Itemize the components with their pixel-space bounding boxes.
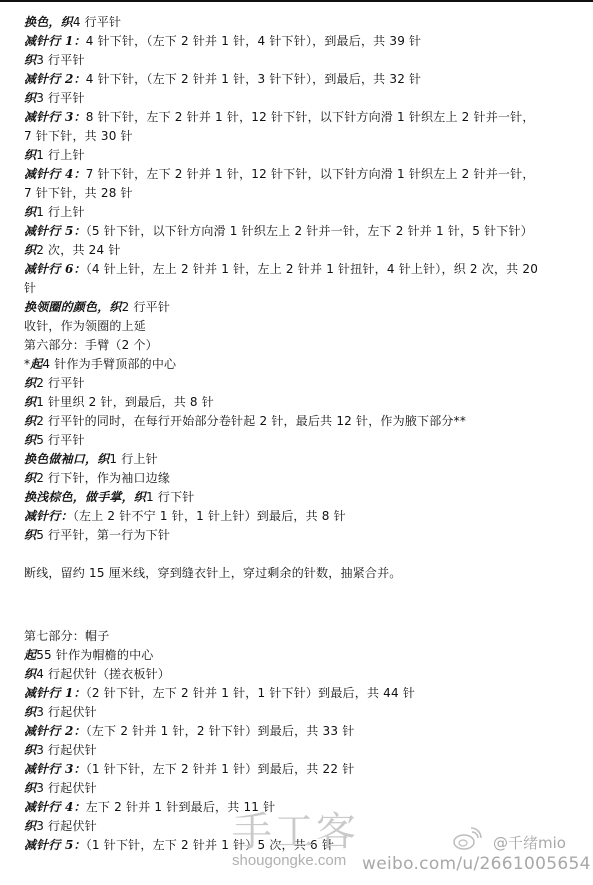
instruction-keyword: 织 bbox=[24, 205, 36, 219]
pattern-line: 减针行：（左上 2 针不宁 1 针，1 针上针）到最后，共 8 针 bbox=[24, 507, 584, 526]
instruction-text: 4 针下针，（左下 2 针并 1 针，3 针下针），到最后，共 32 针 bbox=[86, 72, 422, 86]
pattern-line: 7 针下针，共 30 针 bbox=[24, 127, 584, 146]
instruction-text: （左下 2 针并 1 针，2 针下针）到最后，共 33 针 bbox=[86, 724, 355, 738]
instruction-text: 收针，作为领圈的上延 bbox=[24, 319, 146, 333]
instruction-keyword: 织 bbox=[24, 819, 36, 833]
instruction-text: 7 针下针，共 28 针 bbox=[24, 186, 133, 200]
pattern-line: 织2 次，共 24 针 bbox=[24, 241, 584, 260]
instruction-text: 1 行下针 bbox=[146, 490, 194, 504]
pattern-lines: 换色，织4 行平针减针行 1：4 针下针，（左下 2 针并 1 针，4 针下针）… bbox=[24, 13, 584, 545]
instruction-keyword: 起 bbox=[30, 357, 42, 371]
instruction-text: （1 针下针，左下 2 针并 1 针）到最后，共 22 针 bbox=[86, 762, 355, 776]
instruction-keyword: 换领圈的颜色，织 bbox=[24, 300, 122, 314]
instruction-keyword: 减针行 2： bbox=[24, 72, 86, 86]
instruction-text: 5 行平针 bbox=[36, 433, 84, 447]
instruction-text: （4 针上针，左上 2 针并 1 针，左上 2 针并 1 针扭针，4 针上针），… bbox=[86, 262, 538, 276]
pattern-line: 减针行 3：（1 针下针，左下 2 针并 1 针）到最后，共 22 针 bbox=[24, 760, 584, 779]
pattern-line: 针 bbox=[24, 279, 584, 298]
pattern-line: 织2 行平针的同时，在每行开始部分卷针起 2 针，最后共 12 针，作为腋下部分… bbox=[24, 412, 584, 431]
weibo-handle-watermark: @千绪mio bbox=[493, 832, 566, 853]
instruction-text: 3 行起伏针 bbox=[36, 819, 97, 833]
instruction-keyword: 织 bbox=[24, 705, 36, 719]
pattern-line: 织3 行起伏针 bbox=[24, 779, 584, 798]
weibo-url-watermark: weibo.com/u/2661005654 bbox=[362, 854, 591, 874]
instruction-text: 3 行起伏针 bbox=[36, 705, 97, 719]
top-border bbox=[0, 0, 593, 2]
instruction-keyword: 减针行 5： bbox=[24, 838, 86, 852]
instruction-text: 4 行起伏针（搓衣板针） bbox=[36, 667, 170, 681]
instruction-keyword: 织 bbox=[24, 433, 36, 447]
pattern-line: 织3 行平针 bbox=[24, 51, 584, 70]
instruction-keyword: 减针行 1： bbox=[24, 34, 86, 48]
pattern-line: 减针行 5：（5 针下针，以下针方向滑 1 针织左上 2 针并一针，左下 2 针… bbox=[24, 222, 584, 241]
instruction-keyword: 织 bbox=[24, 376, 36, 390]
pattern-line: 起55 针作为帽檐的中心 bbox=[24, 646, 584, 665]
instruction-text: 4 针下针，（左下 2 针并 1 针，4 针下针），到最后，共 39 针 bbox=[86, 34, 422, 48]
pattern-line: 织5 行平针，第一行为下针 bbox=[24, 526, 584, 545]
pattern-line: 减针行 2：4 针下针，（左下 2 针并 1 针，3 针下针），到最后，共 32… bbox=[24, 70, 584, 89]
spacer bbox=[24, 545, 584, 564]
pattern-line: *起4 针作为手臂顶部的中心 bbox=[24, 355, 584, 374]
instruction-keyword: 织 bbox=[24, 53, 36, 67]
instruction-text: 针 bbox=[24, 281, 36, 295]
pattern-line: 织4 行起伏针（搓衣板针） bbox=[24, 665, 584, 684]
instruction-keyword: 织 bbox=[24, 414, 36, 428]
instruction-text: 8 针下针，左下 2 针并 1 针，12 针下针，以下针方向滑 1 针织左上 2… bbox=[86, 110, 535, 124]
instruction-text: （2 针下针，左下 2 针并 1 针，1 针下针）到最后，共 44 针 bbox=[86, 686, 415, 700]
knitting-pattern-document: 换色，织4 行平针减针行 1：4 针下针，（左下 2 针并 1 针，4 针下针）… bbox=[24, 13, 584, 855]
weibo-logo-icon bbox=[452, 826, 482, 852]
instruction-text: 7 针下针，共 30 针 bbox=[24, 129, 133, 143]
instruction-keyword: 织 bbox=[24, 395, 36, 409]
instruction-keyword: 换浅棕色，做手掌，织 bbox=[24, 490, 146, 504]
instruction-text: 4 针作为手臂顶部的中心 bbox=[42, 357, 176, 371]
pattern-line: 换浅棕色，做手掌，织1 行下针 bbox=[24, 488, 584, 507]
instruction-keyword: 减针行 4： bbox=[24, 800, 86, 814]
pattern-line: 减针行 4：7 针下针，左下 2 针并 1 针，12 针下针，以下针方向滑 1 … bbox=[24, 165, 584, 184]
pattern-line: 收针，作为领圈的上延 bbox=[24, 317, 584, 336]
pattern-line: 织3 行起伏针 bbox=[24, 703, 584, 722]
instruction-text: 1 行上针 bbox=[36, 205, 84, 219]
instruction-keyword: 换色做袖口，织 bbox=[24, 452, 109, 466]
instruction-keyword: 减针行 6： bbox=[24, 262, 86, 276]
instruction-keyword: 减针行 5： bbox=[24, 224, 86, 238]
instruction-text: 第六部分：手臂（2 个） bbox=[24, 338, 158, 352]
instruction-text: 1 行上针 bbox=[36, 148, 84, 162]
instruction-text: 3 行起伏针 bbox=[36, 781, 97, 795]
instruction-keyword: 织 bbox=[24, 471, 36, 485]
pattern-line: 织2 行平针 bbox=[24, 374, 584, 393]
instruction-text: （5 针下针，以下针方向滑 1 针织左上 2 针并一针，左下 2 针并 1 针，… bbox=[86, 224, 533, 238]
pattern-line: 织2 行下针，作为袖口边缘 bbox=[24, 469, 584, 488]
pattern-line: 减针行 6：（4 针上针，左上 2 针并 1 针，左上 2 针并 1 针扭针，4… bbox=[24, 260, 584, 279]
instruction-keyword: 织 bbox=[24, 667, 36, 681]
shougongke-domain-watermark: shougongke.com bbox=[232, 852, 346, 869]
instruction-keyword: 织 bbox=[24, 528, 36, 542]
pattern-line: 织1 针里织 2 针，到最后，共 8 针 bbox=[24, 393, 584, 412]
instruction-keyword: 起 bbox=[24, 648, 36, 662]
instruction-text: 55 针作为帽檐的中心 bbox=[36, 648, 153, 662]
instruction-keyword: 减针行 1： bbox=[24, 686, 86, 700]
pattern-line: 换色，织4 行平针 bbox=[24, 13, 584, 32]
pattern-line: 换色做袖口，织1 行上针 bbox=[24, 450, 584, 469]
instruction-keyword: 减针行 4： bbox=[24, 167, 86, 181]
instruction-keyword: 织 bbox=[24, 91, 36, 105]
spacer bbox=[24, 583, 584, 627]
finish-note: 断线，留约 15 厘米线，穿到缝衣针上，穿过剩余的针数，抽紧合并。 bbox=[24, 564, 584, 583]
instruction-keyword: 换色，织 bbox=[24, 15, 73, 29]
pattern-line: 换领圈的颜色，织2 行平针 bbox=[24, 298, 584, 317]
pattern-line: 织1 行上针 bbox=[24, 146, 584, 165]
instruction-text: 3 行起伏针 bbox=[36, 743, 97, 757]
instruction-text: 2 次，共 24 针 bbox=[36, 243, 120, 257]
instruction-text: 1 行上针 bbox=[109, 452, 157, 466]
instruction-text: 5 行平针，第一行为下针 bbox=[36, 528, 170, 542]
instruction-keyword: 织 bbox=[24, 743, 36, 757]
instruction-keyword: 织 bbox=[24, 148, 36, 162]
shougongke-logo-watermark: 手工客 bbox=[232, 800, 358, 857]
pattern-line: 织3 行起伏针 bbox=[24, 741, 584, 760]
pattern-line: 7 针下针，共 28 针 bbox=[24, 184, 584, 203]
instruction-keyword: 减针行 3： bbox=[24, 110, 86, 124]
pattern-line: 减针行 1：4 针下针，（左下 2 针并 1 针，4 针下针），到最后，共 39… bbox=[24, 32, 584, 51]
instruction-text: 2 行平针 bbox=[36, 376, 84, 390]
instruction-keyword: 减针行： bbox=[24, 509, 73, 523]
pattern-line: 织1 行上针 bbox=[24, 203, 584, 222]
instruction-text: 3 行平针 bbox=[36, 91, 84, 105]
part7-heading: 第七部分：帽子 bbox=[24, 627, 584, 646]
instruction-text: 7 针下针，左下 2 针并 1 针，12 针下针，以下针方向滑 1 针织左上 2… bbox=[86, 167, 535, 181]
pattern-line: 第六部分：手臂（2 个） bbox=[24, 336, 584, 355]
instruction-text: 3 行平针 bbox=[36, 53, 84, 67]
instruction-keyword: 织 bbox=[24, 243, 36, 257]
instruction-text: 2 行平针的同时，在每行开始部分卷针起 2 针，最后共 12 针，作为腋下部分*… bbox=[36, 414, 466, 428]
pattern-line: 织5 行平针 bbox=[24, 431, 584, 450]
instruction-text: 2 行平针 bbox=[122, 300, 170, 314]
instruction-keyword: 减针行 2： bbox=[24, 724, 86, 738]
instruction-text: 1 针里织 2 针，到最后，共 8 针 bbox=[36, 395, 214, 409]
instruction-text: 4 行平针 bbox=[73, 15, 121, 29]
pattern-line: 织3 行平针 bbox=[24, 89, 584, 108]
instruction-text: 2 行下针，作为袖口边缘 bbox=[36, 471, 170, 485]
pattern-line: 减针行 1：（2 针下针，左下 2 针并 1 针，1 针下针）到最后，共 44 … bbox=[24, 684, 584, 703]
instruction-keyword: 织 bbox=[24, 781, 36, 795]
pattern-line: 减针行 2：（左下 2 针并 1 针，2 针下针）到最后，共 33 针 bbox=[24, 722, 584, 741]
pattern-line: 减针行 3：8 针下针，左下 2 针并 1 针，12 针下针，以下针方向滑 1 … bbox=[24, 108, 584, 127]
instruction-text: （左上 2 针不宁 1 针，1 针上针）到最后，共 8 针 bbox=[73, 509, 346, 523]
instruction-keyword: 减针行 3： bbox=[24, 762, 86, 776]
